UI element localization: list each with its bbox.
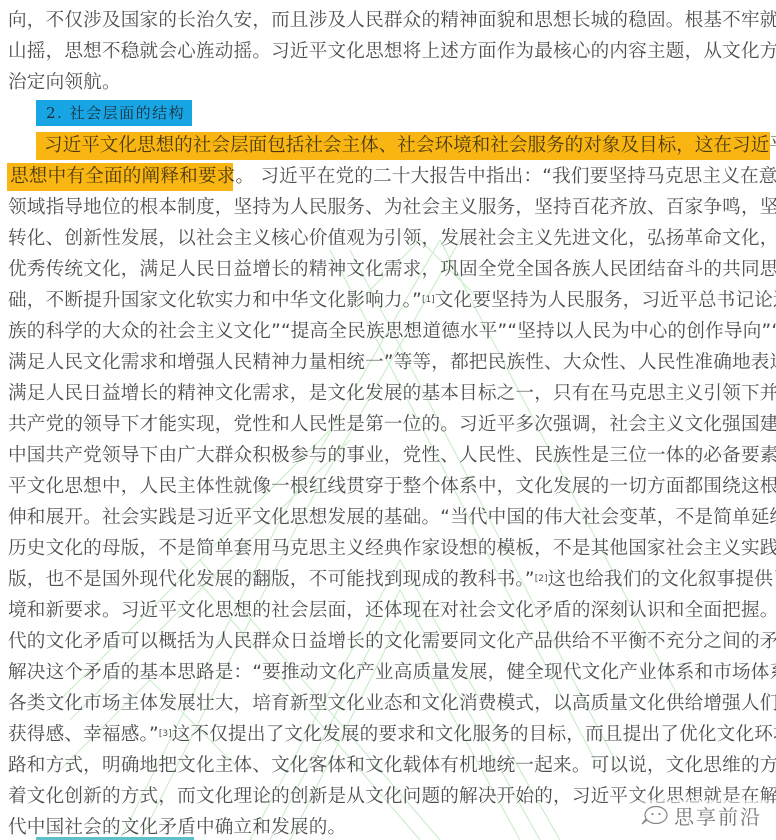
paragraph-line: 平文化思想中，人民主体性就像一根红线贯穿于整个体系中，文化发展的一切方面都围绕这… [8,471,770,502]
highlighted-text: 习近平文化思想的社会层面包括社会主体、社会环境和社会服务的对象及目标，这在习近平… [44,130,766,161]
wechat-icon [638,803,670,827]
paragraph-line: 满足人民日益增长的精神文化需求，是文化发展的基本目标之一，只有在马克思主义引领下… [8,378,770,409]
paragraph-line: 向，不仅涉及国家的长治久安，而且涉及人民群众的精神面貌和思想长城的稳固。根基不牢… [8,5,770,36]
body-text: 文化要坚持为人民服务，习近平总书记论述的“民 [435,285,776,316]
paragraph-line: 各类文化市场主体发展壮大，培育新型文化业态和文化消费模式，以高质量文化供给增强人… [8,688,770,719]
paragraph-line: 领域指导地位的根本制度，坚持为人民服务、为社会主义服务，坚持百花齐放、百家争鸣，… [8,192,770,223]
paragraph-line: 础，不断提升国家文化软实力和中华文化影响力。” [1] 文化要坚持为人民服务，习… [8,285,770,316]
paragraph-line: 获得感、幸福感。” [3] 这不仅提出了文化发展的要求和文化服务的目标，而且提出… [8,719,770,750]
paragraph-line: 伸和展开。社会实践是习近平文化思想发展的基础。“当代中国的伟大社会变革，不是简单… [8,502,770,533]
body-text: 获得感、幸福感。” [8,719,159,750]
account-watermark: 思享前沿 [638,800,768,830]
paragraph-line: 中国共产党领导下由广大群众积极参与的事业，党性、人民性、民族性是三位一体的必备要… [8,440,770,471]
reference-marker[interactable]: [3] [159,719,172,750]
reference-marker[interactable]: [2] [535,564,548,595]
body-text: 础，不断提升国家文化软实力和中华文化影响力。” [8,285,422,316]
paragraph-line: 历史文化的母版，不是简单套用马克思主义经典作家设想的模板，不是其他国家社会主义实… [8,533,770,564]
body-text: 版，也不是国外现代化发展的翻版，不可能找到现成的教科书。” [8,564,535,595]
paragraph-line: 山摇，思想不稳就会心旌动摇。习近平文化思想将上述方面作为最核心的内容主题，从文化… [8,36,770,67]
paragraph-line: 优秀传统文化，满足人民日益增长的精神文化需求，巩固全党全国各族人民团结奋斗的共同… [8,254,770,285]
body-text: 习近平在党的二十大报告中指出：“我们要坚持马克思主义在意识形态 [254,161,776,192]
article-page: 向，不仅涉及国家的长治久安，而且涉及人民群众的精神面貌和思想长城的稳固。根基不牢… [0,0,776,840]
body-text: 这不仅提出了文化发展的要求和文化服务的目标，而且提出了优化文化环境的思 [172,719,776,750]
paragraph-line: 思想中有全面的阐释和要求。 习近平在党的二十大报告中指出：“我们要坚持马克思主义… [8,161,770,192]
paragraph-line: 路和方式，明确地把文化主体、文化客体和文化载体有机地统一起来。可以说，文化思维的… [8,750,770,781]
paragraph-line: 转化、创新性发展，以社会主义核心价值观为引领，发展社会主义先进文化，弘扬革命文化… [8,223,770,254]
body-text: 这也给我们的文化叙事提供了新语 [548,564,776,595]
section-heading: 2. 社会层面的结构 [36,100,192,126]
paragraph-line: 治定向领航。 [8,67,770,98]
highlighted-text: 思想中有全面的阐释和要求。 [8,161,254,192]
paragraph-line: 境和新要求。习近平文化思想的社会层面，还体现在对社会文化矛盾的深刻认识和全面把握… [8,595,770,626]
paragraph-line: 版，也不是国外现代化发展的翻版，不可能找到现成的教科书。” [2] 这也给我们的… [8,564,770,595]
paragraph-line: 族的科学的大众的社会主义文化”“提高全民族思想道德水平”“坚持以人民为中心的创作… [8,316,770,347]
paragraph-line: 共产党的领导下才能实现，党性和人民性是第一位的。习近平多次强调，社会主义文化强国… [8,409,770,440]
reference-marker[interactable]: [1] [422,285,435,316]
account-name: 思享前沿 [674,801,762,830]
paragraph-line: 代的文化矛盾可以概括为人民群众日益增长的文化需要同文化产品供给不平衡不充分之间的… [8,626,770,657]
paragraph-line: 满足人民文化需求和增强人民精神力量相统一”等等，都把民族性、大众性、人民性准确地… [8,347,770,378]
paragraph-line: 解决这个矛盾的基本思路是：“要推动文化产业高质量发展，健全现代文化产业体系和市场… [8,657,770,688]
